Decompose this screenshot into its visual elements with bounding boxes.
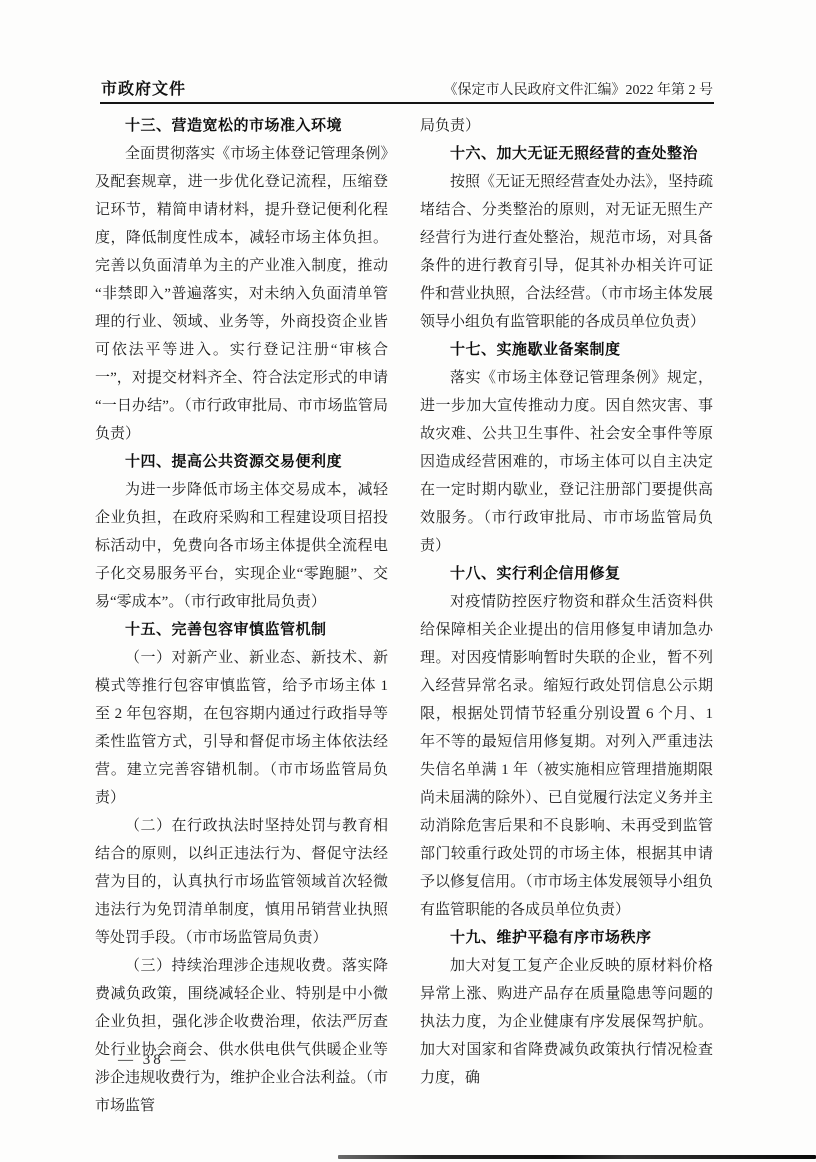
section-heading-16: 十六、加大无证无照经营的查处整治 [420,140,713,168]
right-column: 局负责） 十六、加大无证无照经营的查处整治 按照《无证无照经营查处办法》，坚持疏… [420,112,713,1120]
section-15-item-1-paragraph: （一）对新产业、新业态、新技术、新模式等推行包容审慎监管，给予市场主体 1 至 … [95,644,388,812]
section-19-paragraph: 加大对复工复产企业反映的原材料价格异常上涨、购进产品存在质量隐患等问题的执法力度… [420,952,713,1092]
page-number: — 38 — [118,1046,189,1074]
section-heading-19: 十九、维护平稳有序市场秩序 [420,924,713,952]
document-page: 市政府文件 《保定市人民政府文件汇编》2022 年第 2 号 十三、营造宽松的市… [0,0,816,1162]
section-heading-18: 十八、实行利企信用修复 [420,560,713,588]
section-heading-14: 十四、提高公共资源交易便利度 [95,448,388,476]
section-heading-17: 十七、实施歇业备案制度 [420,336,713,364]
section-14-paragraph: 为进一步降低市场主体交易成本，减轻企业负担，在政府采购和工程建设项目招投标活动中… [95,476,388,616]
section-18-paragraph: 对疫情防控医疗物资和群众生活资料供给保障相关企业提出的信用修复申请加急办理。对因… [420,588,713,924]
page-header: 市政府文件 《保定市人民政府文件汇编》2022 年第 2 号 [101,76,713,99]
section-heading-13: 十三、营造宽松的市场准入环境 [95,112,388,140]
section-13-paragraph: 全面贯彻落实《市场主体登记管理条例》及配套规章，进一步优化登记流程，压缩登记环节… [95,140,388,448]
section-heading-15: 十五、完善包容审慎监管机制 [95,616,388,644]
header-divider [100,102,714,104]
section-15-item-3-continuation: 局负责） [420,112,713,140]
header-compilation-label: 《保定市人民政府文件汇编》2022 年第 2 号 [444,79,714,99]
section-16-paragraph: 按照《无证无照经营查处办法》，坚持疏堵结合、分类整治的原则，对无证无照生产经营行… [420,168,713,336]
document-body: 十三、营造宽松的市场准入环境 全面贯彻落实《市场主体登记管理条例》及配套规章，进… [95,112,713,1120]
scan-edge-artifact [338,1155,816,1159]
section-17-paragraph: 落实《市场主体登记管理条例》规定，进一步加大宣传推动力度。因自然灾害、事故灾难、… [420,364,713,560]
header-doc-type-label: 市政府文件 [101,76,186,99]
left-column: 十三、营造宽松的市场准入环境 全面贯彻落实《市场主体登记管理条例》及配套规章，进… [95,112,388,1120]
section-15-item-2-paragraph: （二）在行政执法时坚持处罚与教育相结合的原则，以纠正违法行为、督促守法经营为目的… [95,812,388,952]
section-15-item-3-paragraph: （三）持续治理涉企违规收费。落实降费减负政策，围绕减轻企业、特别是中小微企业负担… [95,952,388,1120]
